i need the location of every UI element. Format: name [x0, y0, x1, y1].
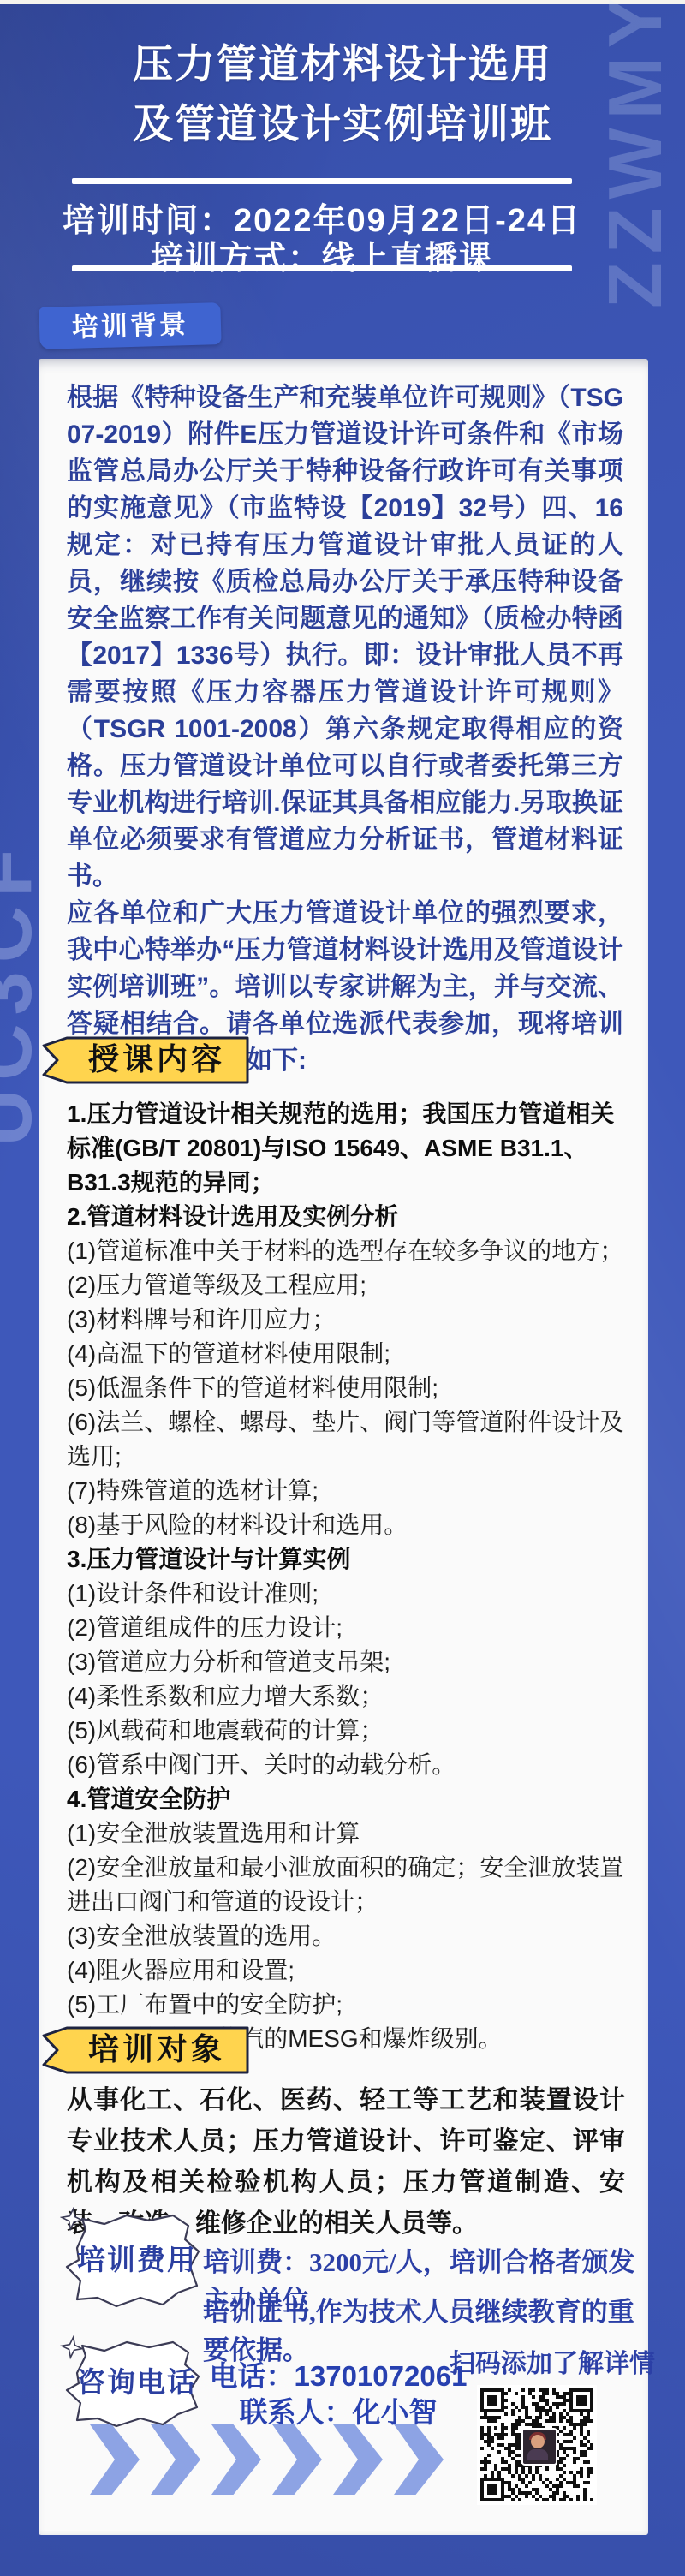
section-badge-background: 培训背景: [39, 302, 221, 349]
course-item: (5)低温条件下的管道材料使用限制;: [67, 1371, 629, 1405]
course-item: (2)管道组成件的压力设计;: [67, 1611, 629, 1645]
watermark-text-right: ZZWMY: [588, 51, 682, 308]
qr-code: [477, 2385, 597, 2505]
qr-avatar: [521, 2428, 557, 2466]
chevron-right-icon: [333, 2424, 383, 2495]
page-title-line2: 及管道设计实例培训班: [7, 99, 678, 149]
course-item: (2)压力管道等级及工程应用;: [67, 1268, 629, 1303]
qr-caption: 扫码添加了解详情: [424, 2342, 681, 2380]
course-item: (5)风载荷和地震载荷的计算；: [67, 1714, 629, 1748]
section-badge-label: 授课内容: [68, 1035, 245, 1085]
content-card: 根据《特种设备生产和充装单位许可规则》（TSG 07-2019）附件E压力管道设…: [39, 359, 648, 2535]
contact-bubble-label: 咨询电话: [68, 2335, 205, 2424]
course-item: (4)柔性系数和应力增大系数；: [67, 1679, 629, 1714]
top-edge-strip: [0, 0, 685, 4]
course-item: (1)安全泄放装置选用和计算: [67, 1816, 629, 1851]
avatar-face: [531, 2435, 545, 2448]
course-item: 2.管道材料设计选用及实例分析: [67, 1200, 629, 1234]
chevron-right-icon: [394, 2424, 444, 2495]
course-item: (7)特殊管道的选材计算;: [67, 1474, 629, 1508]
course-item: (4)高温下的管道材料使用限制;: [67, 1337, 629, 1371]
course-item: (1)管道标准中关于材料的选型存在较多争议的地方；: [67, 1234, 629, 1268]
course-item: 3.压力管道设计与计算实例: [67, 1542, 629, 1577]
poster-page: ZZWMY UC3CF 压力管道材料设计选用 及管道设计实例培训班 培训时间：2…: [0, 0, 685, 2576]
course-item: (4)阻火器应用和设置;: [67, 1953, 629, 1988]
section-badge-label: 培训对象: [68, 2025, 245, 2075]
fee-bubble-label: 培训费用: [68, 2207, 205, 2308]
course-item: (1)设计条件和设计准则;: [67, 1577, 629, 1611]
course-item: (2)安全泄放量和最小泄放面积的确定；安全泄放装置进出口阀门和管道的设设计；: [67, 1851, 629, 1919]
section-badge-course-content: 授课内容: [39, 1035, 250, 1085]
course-item: (3)材料牌号和许用应力；: [67, 1303, 629, 1337]
course-item: (6)管系中阀门开、关时的动载分析。: [67, 1748, 629, 1782]
divider-line-top: [72, 178, 572, 184]
section-badge-audience: 培训对象: [39, 2025, 250, 2075]
divider-line-bottom: [72, 265, 572, 271]
avatar-body: [527, 2449, 548, 2460]
contact-bubble: 咨询电话: [60, 2335, 214, 2436]
course-item: (3)管道应力分析和管道支吊架;: [67, 1645, 629, 1679]
chevron-right-icon: [272, 2424, 322, 2495]
course-item: (8)基于风险的材料设计和选用。: [67, 1508, 629, 1542]
fee-bubble: 培训费用: [60, 2207, 214, 2318]
course-item: (6)法兰、螺栓、螺母、垫片、阀门等管道附件设计及选用;: [67, 1405, 629, 1474]
background-paragraphs: 根据《特种设备生产和充装单位许可规则》（TSG 07-2019）附件E压力管道设…: [67, 379, 623, 1079]
course-item: (3)安全泄放装置的选用。: [67, 1919, 629, 1953]
course-content-list: 1.压力管道设计相关规范的选用；我国压力管道相关标准(GB/T 20801)与I…: [67, 1097, 629, 2056]
course-item: (5)工厂布置中的安全防护;: [67, 1988, 629, 2022]
course-item: 1.压力管道设计相关规范的选用；我国压力管道相关标准(GB/T 20801)与I…: [67, 1097, 629, 1200]
course-item: 4.管道安全防护: [67, 1782, 629, 1816]
page-title-line1: 压力管道材料设计选用: [7, 39, 678, 89]
chevron-right-icon: [211, 2424, 261, 2495]
background-paragraph-1: 根据《特种设备生产和充装单位许可规则》（TSG 07-2019）附件E压力管道设…: [67, 379, 623, 895]
